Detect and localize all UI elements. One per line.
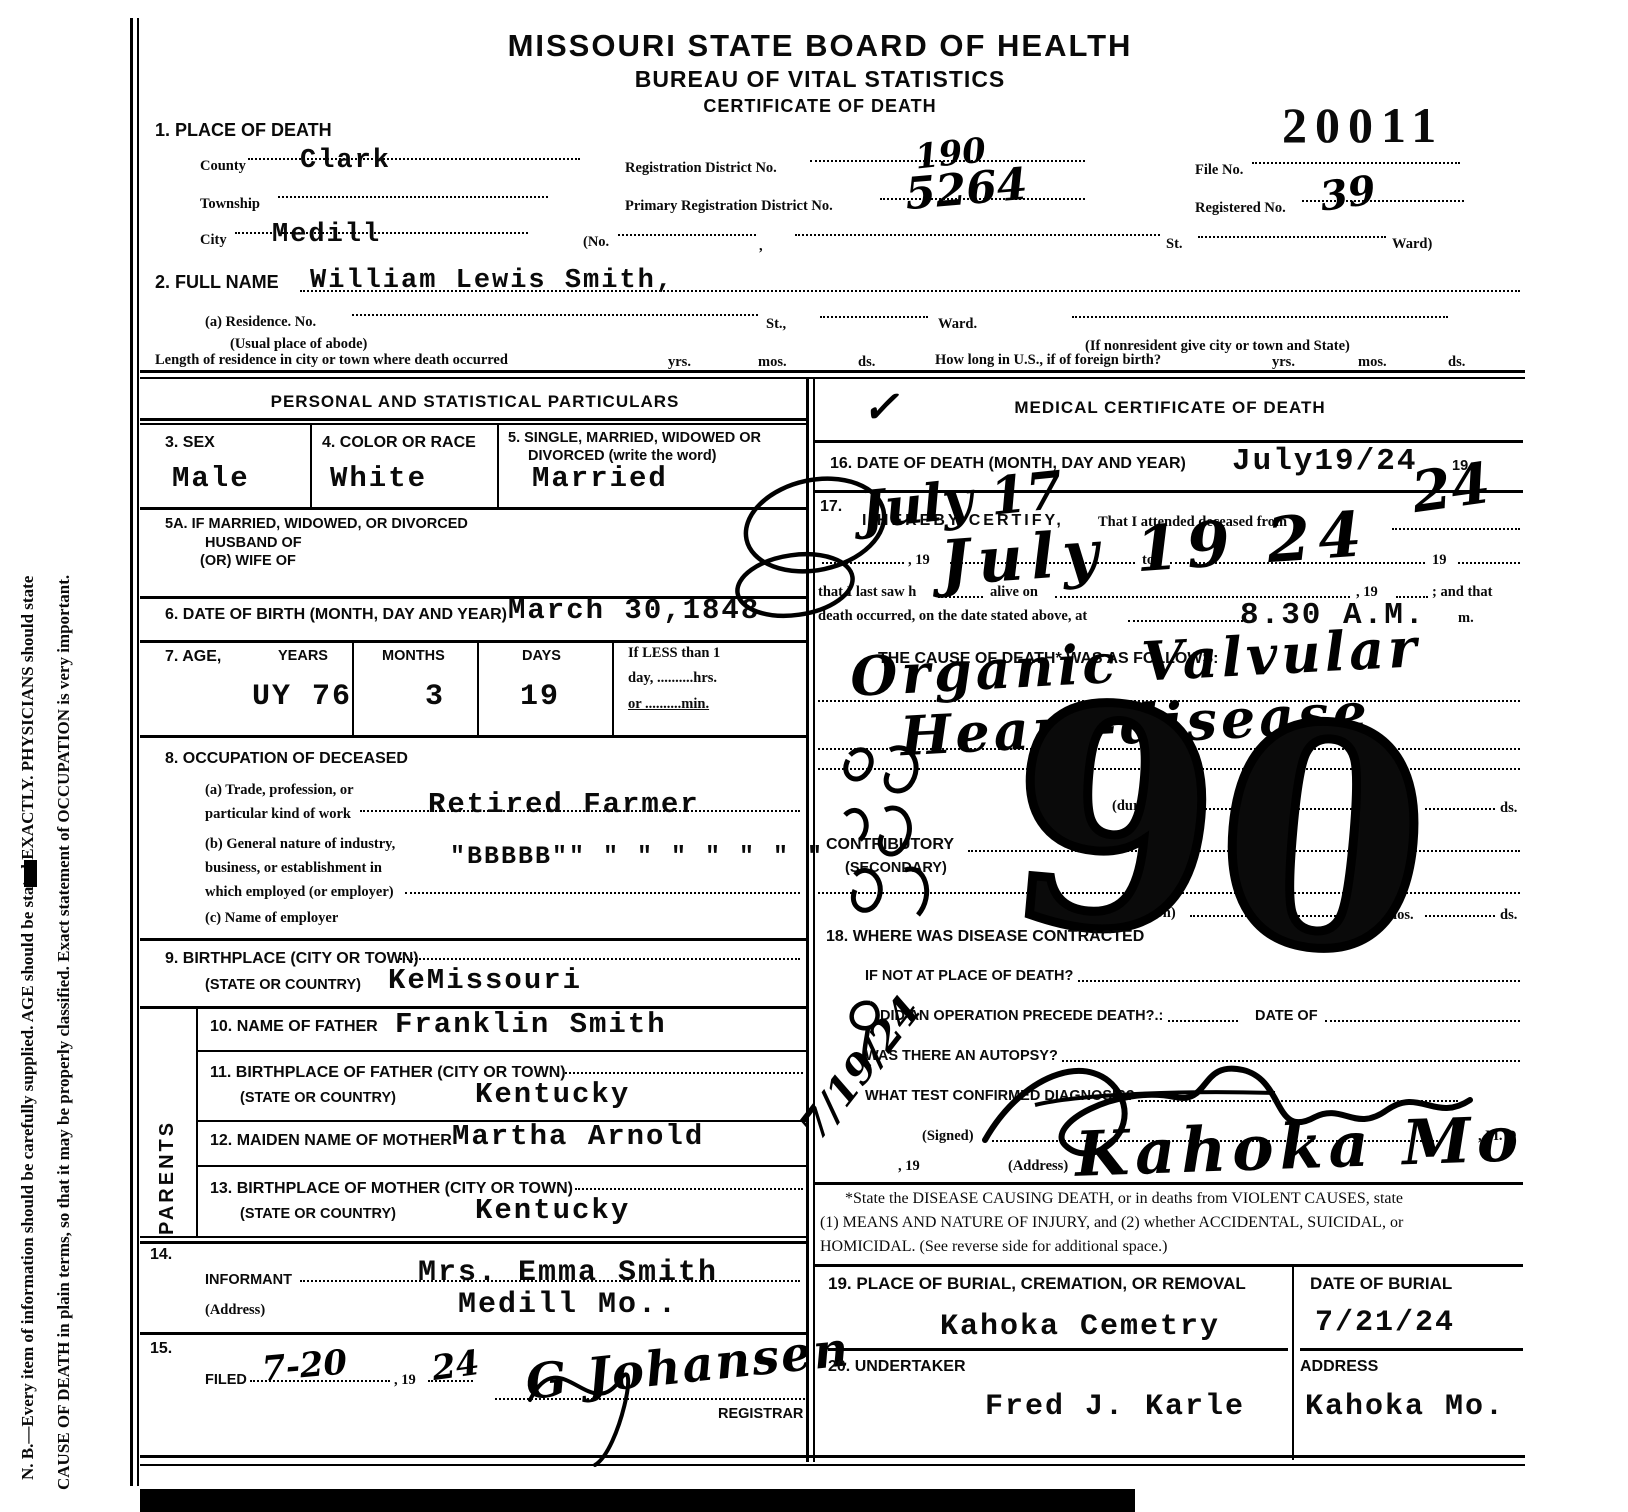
occ-a-line1: (a) Trade, profession, or [205,782,354,799]
age-less-1: If LESS than 1 [628,645,720,662]
dob-label: 6. DATE OF BIRTH (MONTH, DAY AND YEAR) [165,606,507,624]
registrar-label: REGISTRAR [718,1406,803,1422]
abode-label: (Usual place of abode) [230,336,367,353]
father-name-value: Franklin Smith [395,1008,667,1041]
occ-b-line2: business, or establishment in [205,860,382,877]
race-label: 4. COLOR OR RACE [322,434,476,452]
form-left-border [130,18,133,1486]
birthplace-value: KeMissouri [388,964,582,997]
mother-birthplace-state-label: (STATE OR COUNTRY) [240,1206,396,1222]
form-left-border-inner [137,18,139,1486]
occupation-title: 8. OCCUPATION OF DECEASED [165,750,408,768]
page-subtitle: BUREAU OF VITAL STATISTICS [420,66,1220,93]
duration1-ds: ds. [1500,800,1517,817]
marital-label-1: 5. SINGLE, MARRIED, WIDOWED OR [508,430,761,446]
length-ds: ds. [858,354,875,371]
filed-date-value: 7-20 [260,1342,348,1389]
age-years-value: UY 76 [252,680,352,714]
if-not-label: IF NOT AT PLACE OF DEATH? [865,968,1073,984]
margin-note-line1: N. B.—Every item of information should b… [18,80,38,1480]
medical-certificate-title: MEDICAL CERTIFICATE OF DEATH [890,398,1450,418]
undertaker-address-value: Kahoka Mo. [1305,1390,1505,1424]
residence-st-label: St., [766,316,786,333]
age-days-value: 19 [520,680,560,714]
occ-c-label: (c) Name of employer [205,910,338,927]
county-value: Clark [300,146,391,176]
occ-b-line3: which employed (or employer) [205,884,394,901]
father-birthplace-value: Kentucky [475,1078,630,1111]
parents-label: PARENTS [156,1055,179,1235]
undertaker-value: Fred J. Karle [985,1390,1245,1424]
primary-registration-value: 5264 [903,159,1029,220]
undertaker-address-label: ADDRESS [1300,1358,1378,1376]
city-value: Medill [272,220,381,250]
certify-from-year-handwriting: 24 [1408,450,1494,526]
mother-birthplace-value: Kentucky [475,1194,630,1227]
doc-type: CERTIFICATE OF DEATH [420,96,1220,117]
burial-label: 19. PLACE OF BURIAL, CREMATION, OR REMOV… [828,1274,1246,1294]
file-no-label: File No. [1195,162,1243,179]
mother-name-value: Martha Arnold [452,1120,704,1153]
length-residence-label: Length of residence in city or town wher… [155,352,508,369]
city-ward-label: Ward) [1392,236,1432,253]
margin-note-line2: CAUSE OF DEATH in plain terms, so that i… [54,90,74,1490]
burial-column-divider [1292,1264,1294,1460]
length-mos: mos. [758,354,787,371]
dob-value: March 30,1848 [508,594,760,627]
registration-district-label: Registration District No. [625,160,777,177]
occ-b-line1: (b) General nature of industry, [205,836,395,853]
signed-label: (Signed) [922,1128,974,1145]
duration2-ds: ds. [1500,907,1517,924]
disease-contracted-label: 18. WHERE WAS DISEASE CONTRACTED [826,928,1144,946]
primary-registration-label: Primary Registration District No. [625,198,833,215]
footnote-line3: HOMICIDAL. (See reverse side for additio… [820,1238,1167,1256]
informant-address-label: (Address) [205,1302,265,1319]
father-name-label: 10. NAME OF FATHER [210,1018,378,1036]
informant-value: Mrs. Emma Smith [418,1256,718,1290]
filed-19-label: , 19 [394,1372,416,1389]
s5a-line1: 5A. IF MARRIED, WIDOWED, OR DIVORCED [165,516,468,532]
age-months-value: 3 [425,680,445,714]
birthplace-state-label: (STATE OR COUNTRY) [205,977,361,993]
age-days-label: DAYS [522,648,561,664]
footnote-line1: *State the DISEASE CAUSING DEATH, or in … [845,1190,1403,1208]
registered-no-value: 39 [1317,166,1379,220]
registrar-signature-flourish [500,1330,840,1440]
duration-90-handwriting: 90 [998,662,1440,997]
race-value: White [330,462,427,495]
scan-artifact-bar [140,1489,1135,1512]
occ-a-value: Retired Farmer [428,788,700,821]
occ-b-value: "BBBBB"" " " " " " " " [450,842,824,871]
county-label: County [200,158,246,175]
burial-date-value: 7/21/24 [1315,1306,1455,1340]
how-long-us-label: How long in U.S., if of foreign birth? [935,352,1161,369]
sex-value: Male [172,462,250,495]
age-months-label: MONTHS [382,648,445,664]
date-of-label: DATE OF [1255,1008,1318,1024]
date-of-death-value: July19/24 [1232,444,1417,479]
death-m-label: m. [1458,610,1474,627]
marital-value: Married [532,462,668,495]
sex-label: 3. SEX [165,434,215,452]
mother-name-label: 12. MAIDEN NAME OF MOTHER [210,1132,452,1150]
city-st-label: St. [1166,236,1183,253]
burial-date-label: DATE OF BURIAL [1310,1274,1452,1294]
registered-no-label: Registered No. [1195,200,1286,217]
place-of-death-title: 1. PLACE OF DEATH [155,120,332,141]
informant-number: 14. [150,1246,172,1264]
city-comma: , [759,238,763,255]
us-yrs: yrs. [1272,354,1295,371]
undertaker-label: 20. UNDERTAKER [828,1358,966,1376]
length-yrs: yrs. [668,354,691,371]
full-name-value: William Lewis Smith, [310,266,674,296]
township-label: Township [200,196,260,213]
residence-label: (a) Residence. No. [205,314,316,331]
death-certificate-page: N. B.—Every item of information should b… [0,0,1628,1512]
s5a-line3: (OR) WIFE OF [200,553,296,569]
full-name-label: 2. FULL NAME [155,272,279,293]
certificate-number: 20011 [1282,96,1444,154]
age-less-2: day, ..........hrs. [628,670,717,687]
informant-address-value: Medill Mo.. [458,1288,678,1322]
andthat-label: ; and that [1432,584,1492,601]
age-label: 7. AGE, [165,648,221,666]
page-title: MISSOURI STATE BOARD OF HEALTH [420,28,1220,64]
filed-label: FILED [205,1372,247,1388]
father-birthplace-state-label: (STATE OR COUNTRY) [240,1090,396,1106]
signed-19-label: , 19 [898,1158,920,1175]
burial-value: Kahoka Cemetry [940,1310,1220,1344]
residence-ward-label: Ward. [938,316,977,333]
city-label: City [200,232,227,249]
us-mos: mos. [1358,354,1387,371]
filed-number: 15. [150,1340,172,1358]
informant-label: INFORMANT [205,1272,292,1288]
margin-scribbles [830,735,1000,945]
occ-a-line2: particular kind of work [205,806,351,823]
age-years-label: YEARS [278,648,328,664]
birthplace-label: 9. BIRTHPLACE (CITY OR TOWN) [165,950,419,968]
age-less-3: or ..........min. [628,696,709,713]
city-no-label: (No. [583,234,609,251]
margin-ink-mark [24,860,37,887]
signed-address-label: (Address) [1008,1158,1068,1175]
personal-particulars-title: PERSONAL AND STATISTICAL PARTICULARS [190,392,760,412]
s5a-line2: HUSBAND OF [205,535,302,551]
certify-19b: 19 [1432,552,1447,569]
footnote-line2: (1) MEANS AND NATURE OF INJURY, and (2) … [820,1214,1403,1232]
filed-year-value: 24 [429,1343,481,1389]
us-ds: ds. [1448,354,1465,371]
